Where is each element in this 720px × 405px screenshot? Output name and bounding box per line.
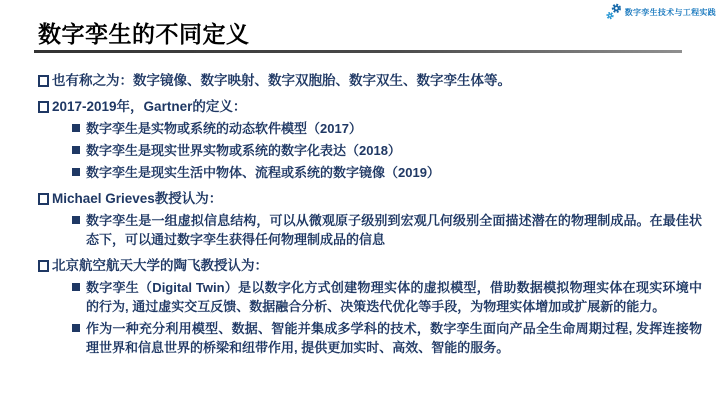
filled-square-bullet-icon	[72, 168, 80, 176]
list-item: 数字孪生是现实世界实物或系统的数字化表达（2018）	[38, 141, 702, 160]
filled-square-bullet-icon	[72, 146, 80, 154]
title-underline	[34, 50, 682, 53]
filled-square-bullet-icon	[72, 283, 80, 291]
hollow-square-bullet-icon	[38, 193, 49, 205]
list-item: 2017-2019年，Gartner的定义：	[38, 97, 702, 116]
bullet-text: 数字孪生（Digital Twin）是以数字化方式创建物理实体的虚拟模型，借助数…	[86, 278, 702, 316]
list-item: Michael Grieves教授认为：	[38, 189, 702, 208]
hollow-square-bullet-icon	[38, 260, 49, 272]
bullet-text: 也有称之为：数字镜像、数字映射、数字双胞胎、数字双生、数字孪生体等。	[52, 71, 702, 90]
bullet-list: 也有称之为：数字镜像、数字映射、数字双胞胎、数字双生、数字孪生体等。 2017-…	[38, 66, 702, 357]
presentation-slide: 数字孪生技术与工程实践 数字孪生的不同定义 也有称之为：数字镜像、数字映射、数字…	[0, 0, 720, 405]
brand-logo: 数字孪生技术与工程实践	[606, 3, 716, 21]
brand-title: 数字孪生技术与工程实践	[625, 7, 716, 18]
filled-square-bullet-icon	[72, 324, 80, 332]
list-item: 数字孪生是现实生活中物体、流程或系统的数字镜像（2019）	[38, 163, 702, 182]
list-item: 作为一种充分利用模型、数据、智能并集成多学科的技术，数字孪生面向产品全生命周期过…	[38, 319, 702, 357]
list-item: 数字孪生（Digital Twin）是以数字化方式创建物理实体的虚拟模型，借助数…	[38, 278, 702, 316]
list-item: 数字孪生是实物或系统的动态软件模型（2017）	[38, 119, 702, 138]
bullet-text: 数字孪生是现实生活中物体、流程或系统的数字镜像（2019）	[86, 163, 702, 182]
bullet-text: 数字孪生是一组虚拟信息结构，可以从微观原子级别到宏观几何级别全面描述潜在的物理制…	[86, 211, 702, 249]
bullet-text: 作为一种充分利用模型、数据、智能并集成多学科的技术，数字孪生面向产品全生命周期过…	[86, 319, 702, 357]
bullet-text: 北京航空航天大学的陶飞教授认为：	[52, 256, 702, 275]
filled-square-bullet-icon	[72, 124, 80, 132]
gear-icon	[606, 3, 622, 21]
list-item: 也有称之为：数字镜像、数字映射、数字双胞胎、数字双生、数字孪生体等。	[38, 71, 702, 90]
hollow-square-bullet-icon	[38, 101, 49, 113]
page-title: 数字孪生的不同定义	[38, 16, 250, 49]
bullet-text: 数字孪生是实物或系统的动态软件模型（2017）	[86, 119, 702, 138]
bullet-text: 数字孪生是现实世界实物或系统的数字化表达（2018）	[86, 141, 702, 160]
hollow-square-bullet-icon	[38, 75, 49, 87]
list-item: 数字孪生是一组虚拟信息结构，可以从微观原子级别到宏观几何级别全面描述潜在的物理制…	[38, 211, 702, 249]
filled-square-bullet-icon	[72, 216, 80, 224]
bullet-text: 2017-2019年，Gartner的定义：	[52, 97, 702, 116]
list-item: 北京航空航天大学的陶飞教授认为：	[38, 256, 702, 275]
bullet-text: Michael Grieves教授认为：	[52, 189, 702, 208]
